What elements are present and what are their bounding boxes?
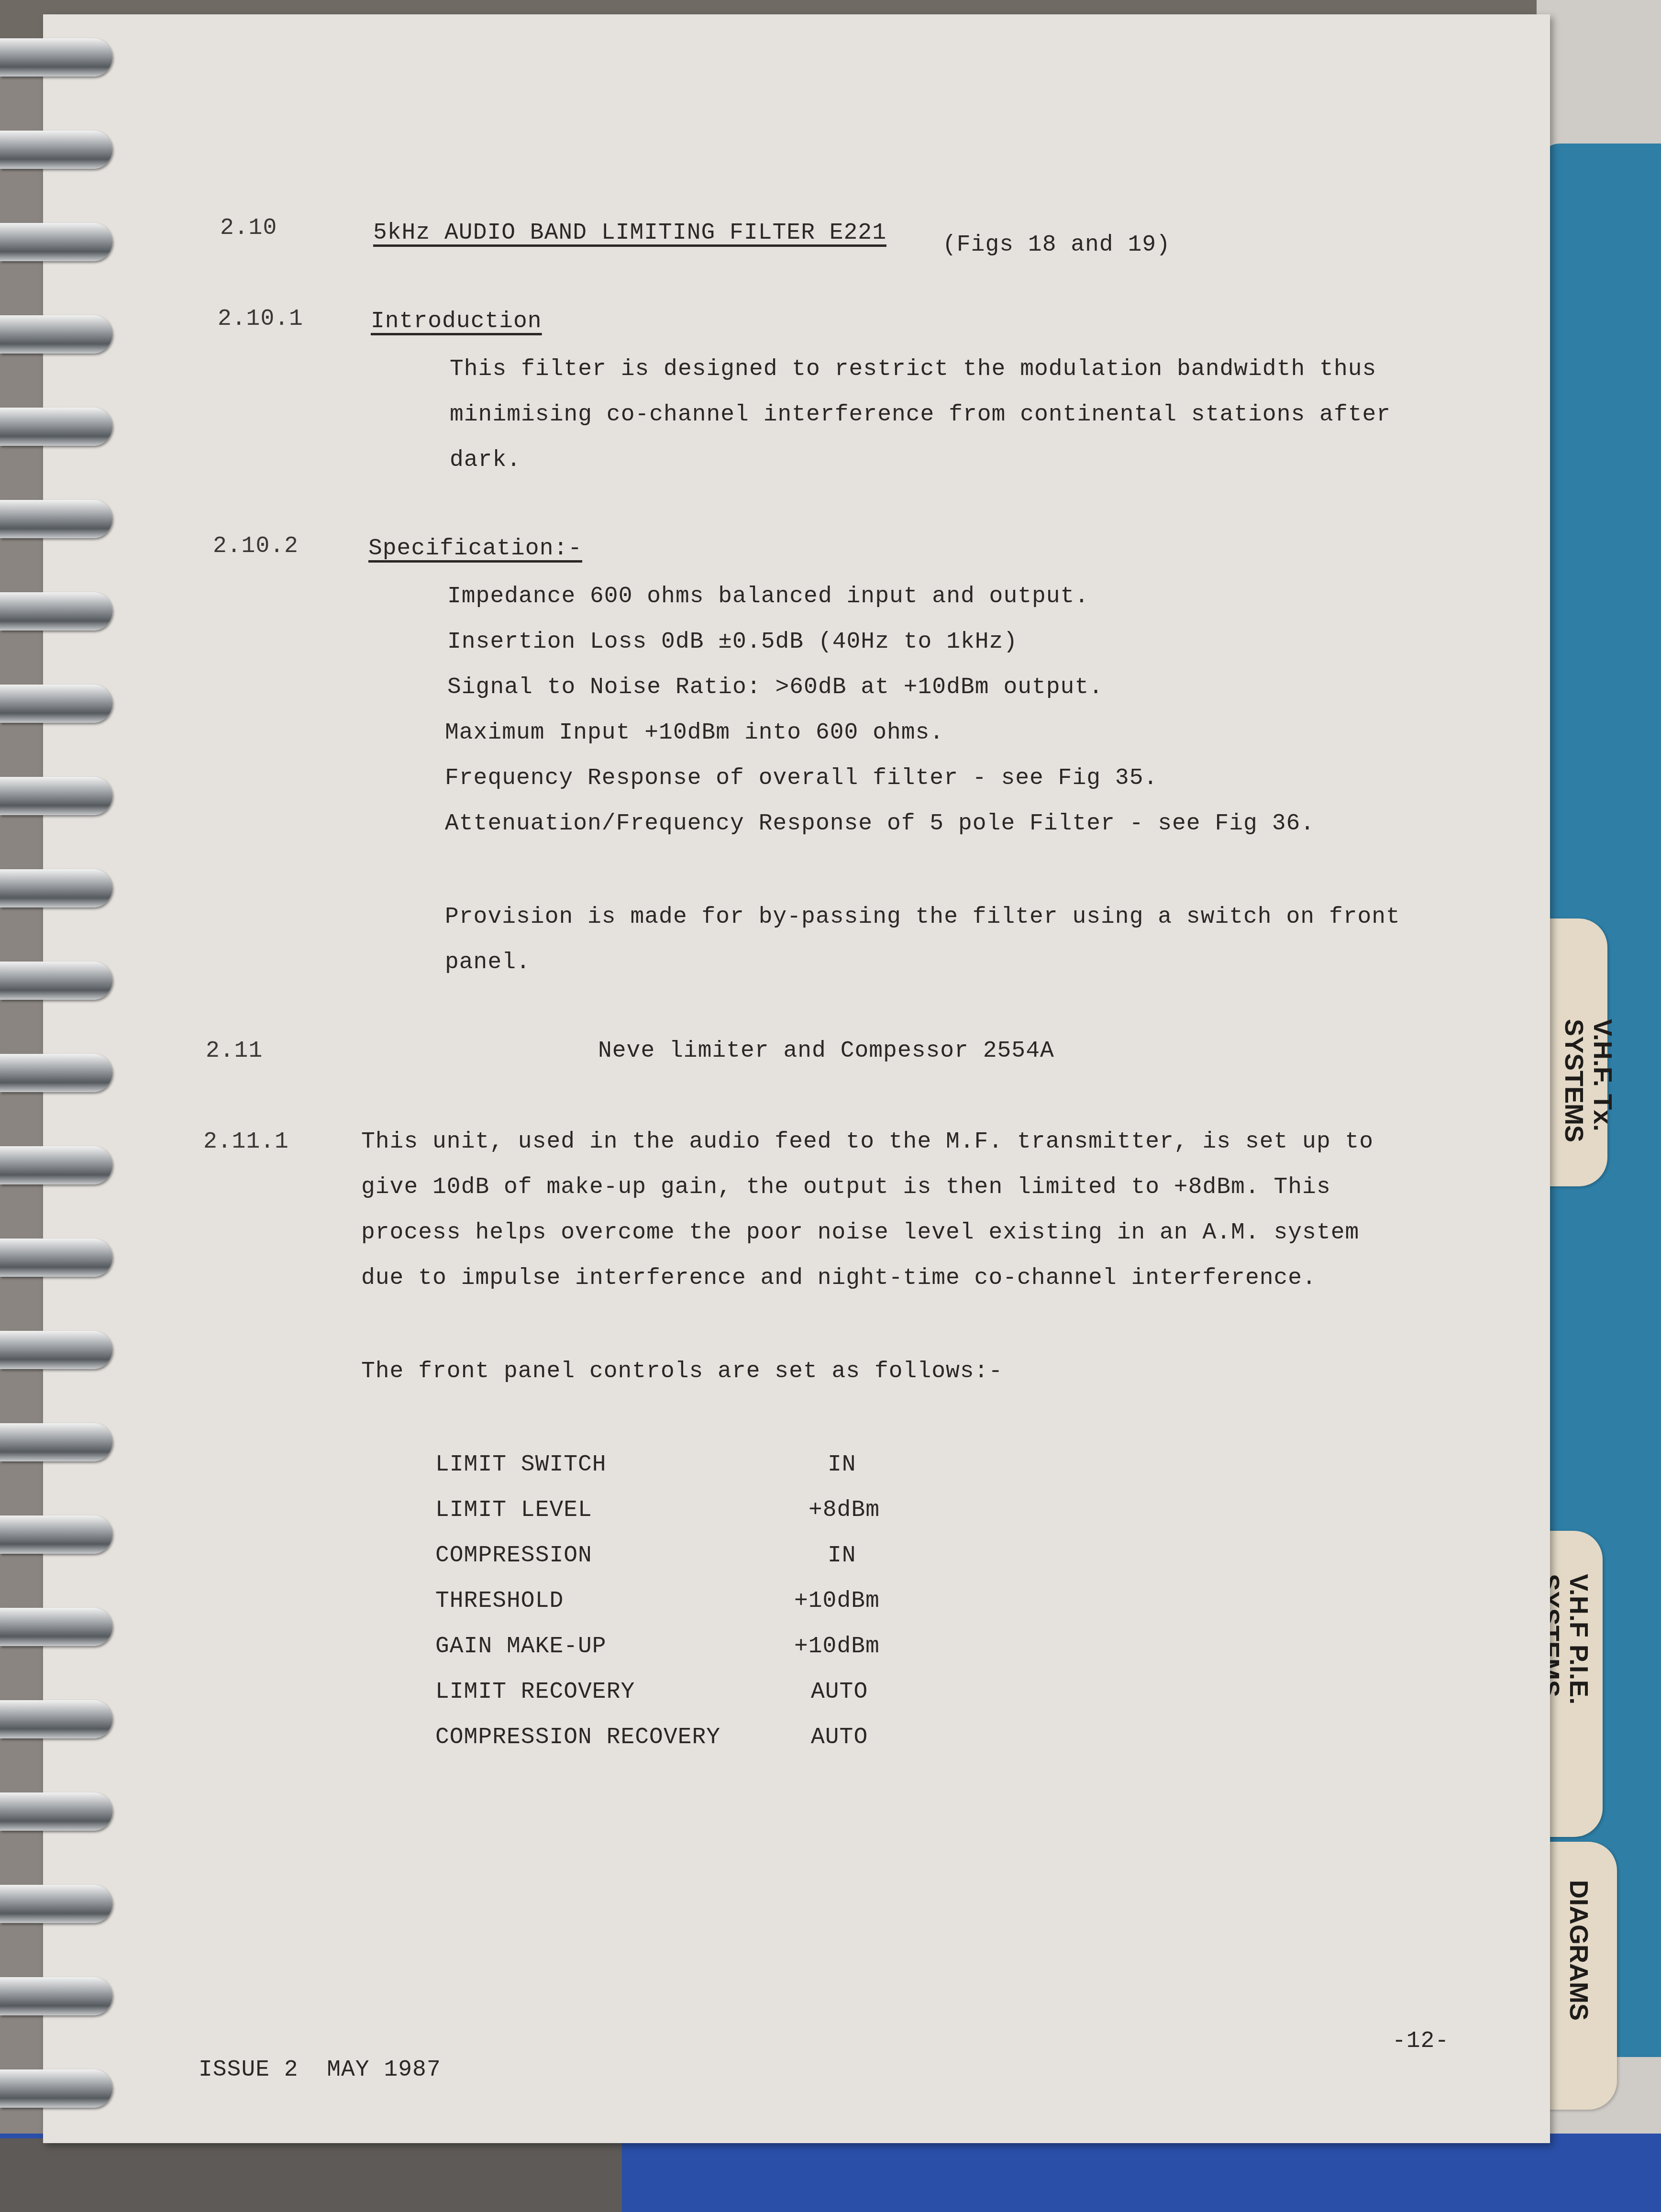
page-number: -12- xyxy=(1392,2028,1449,2054)
spec-line: Maximum Input +10dBm into 600 ohms. xyxy=(445,720,944,746)
index-tab-label: V.H.F. Tx. SYSTEMS xyxy=(1560,1019,1617,1142)
section-title: 5kHz AUDIO BAND LIMITING FILTER E221 xyxy=(373,220,886,246)
spiral-coil xyxy=(0,1054,112,1092)
paragraph-line: Provision is made for by-passing the fil… xyxy=(445,904,1400,930)
paragraph-line: panel. xyxy=(445,950,531,975)
spiral-coil xyxy=(0,1331,112,1369)
section-title: Neve limiter and Compessor 2554A xyxy=(598,1038,1054,1064)
paragraph-line: process helps overcome the poor noise le… xyxy=(361,1220,1359,1246)
spec-line: Frequency Response of overall filter - s… xyxy=(445,765,1158,791)
manual-page: 2.10 5kHz AUDIO BAND LIMITING FILTER E22… xyxy=(43,14,1550,2143)
issue-date: ISSUE 2 MAY 1987 xyxy=(199,2057,441,2083)
controls-intro: The front panel controls are set as foll… xyxy=(361,1359,1003,1384)
control-name: LIMIT LEVEL xyxy=(435,1497,592,1523)
paragraph-line: This filter is designed to restrict the … xyxy=(450,356,1376,382)
control-value: AUTO xyxy=(811,1725,868,1750)
control-value: AUTO xyxy=(811,1679,868,1705)
spiral-coil xyxy=(0,1146,112,1184)
control-value: IN xyxy=(828,1452,856,1478)
spiral-coil xyxy=(0,500,112,538)
section-number: 2.10 xyxy=(220,215,277,241)
control-name: GAIN MAKE-UP xyxy=(435,1634,607,1659)
section-title: Specification:- xyxy=(368,536,582,562)
paragraph-line: give 10dB of make-up gain, the output is… xyxy=(361,1174,1331,1200)
spec-line: Insertion Loss 0dB ±0.5dB (40Hz to 1kHz) xyxy=(447,629,1018,655)
spiral-coil xyxy=(0,38,112,77)
paragraph-line: This unit, used in the audio feed to the… xyxy=(361,1129,1373,1155)
spiral-coil xyxy=(0,592,112,630)
spiral-coil xyxy=(0,1423,112,1461)
section-number: 2.11.1 xyxy=(203,1129,289,1155)
spiral-coil xyxy=(0,1239,112,1277)
control-name: THRESHOLD xyxy=(435,1588,564,1614)
control-name: LIMIT SWITCH xyxy=(435,1452,607,1478)
paragraph-line: due to impulse interference and night-ti… xyxy=(361,1265,1317,1291)
control-value: +10dBm xyxy=(794,1634,880,1659)
section-number: 2.10.1 xyxy=(218,306,303,332)
spiral-coil xyxy=(0,777,112,815)
spiral-coil xyxy=(0,1515,112,1554)
spiral-coil xyxy=(0,1608,112,1646)
figure-reference: (Figs 18 and 19) xyxy=(942,232,1171,258)
spiral-coil xyxy=(0,1700,112,1738)
index-tab-vhf-tx-systems[interactable]: V.H.F. Tx. SYSTEMS xyxy=(1545,918,1607,1186)
spiral-coil xyxy=(0,223,112,261)
control-value: +10dBm xyxy=(794,1588,880,1614)
index-tab-diagrams[interactable]: DIAGRAMS xyxy=(1545,1842,1617,2110)
spiral-coil xyxy=(0,962,112,1000)
spiral-coil xyxy=(0,685,112,723)
spiral-coil xyxy=(0,131,112,169)
spiral-binding xyxy=(0,38,115,2191)
spiral-coil xyxy=(0,1885,112,1923)
paragraph-line: minimising co-channel interference from … xyxy=(450,402,1391,428)
section-number: 2.11 xyxy=(206,1038,263,1064)
control-value: IN xyxy=(828,1543,856,1569)
control-name: COMPRESSION xyxy=(435,1543,592,1569)
spiral-coil xyxy=(0,2069,112,2108)
spiral-coil xyxy=(0,1977,112,2015)
spec-line: Impedance 600 ohms balanced input and ou… xyxy=(447,584,1089,609)
control-name: LIMIT RECOVERY xyxy=(435,1679,635,1705)
section-number: 2.10.2 xyxy=(213,533,299,559)
spec-line: Attenuation/Frequency Response of 5 pole… xyxy=(445,811,1315,837)
section-title: Introduction xyxy=(371,309,542,334)
spec-line: Signal to Noise Ratio: >60dB at +10dBm o… xyxy=(447,675,1103,700)
spiral-coil xyxy=(0,1792,112,1831)
spiral-coil xyxy=(0,315,112,354)
control-value: +8dBm xyxy=(808,1497,880,1523)
spiral-coil xyxy=(0,408,112,446)
control-name: COMPRESSION RECOVERY xyxy=(435,1725,720,1750)
spiral-coil xyxy=(0,869,112,907)
paragraph-line: dark. xyxy=(450,447,521,473)
index-tab-label: DIAGRAMS xyxy=(1564,1880,1593,2021)
